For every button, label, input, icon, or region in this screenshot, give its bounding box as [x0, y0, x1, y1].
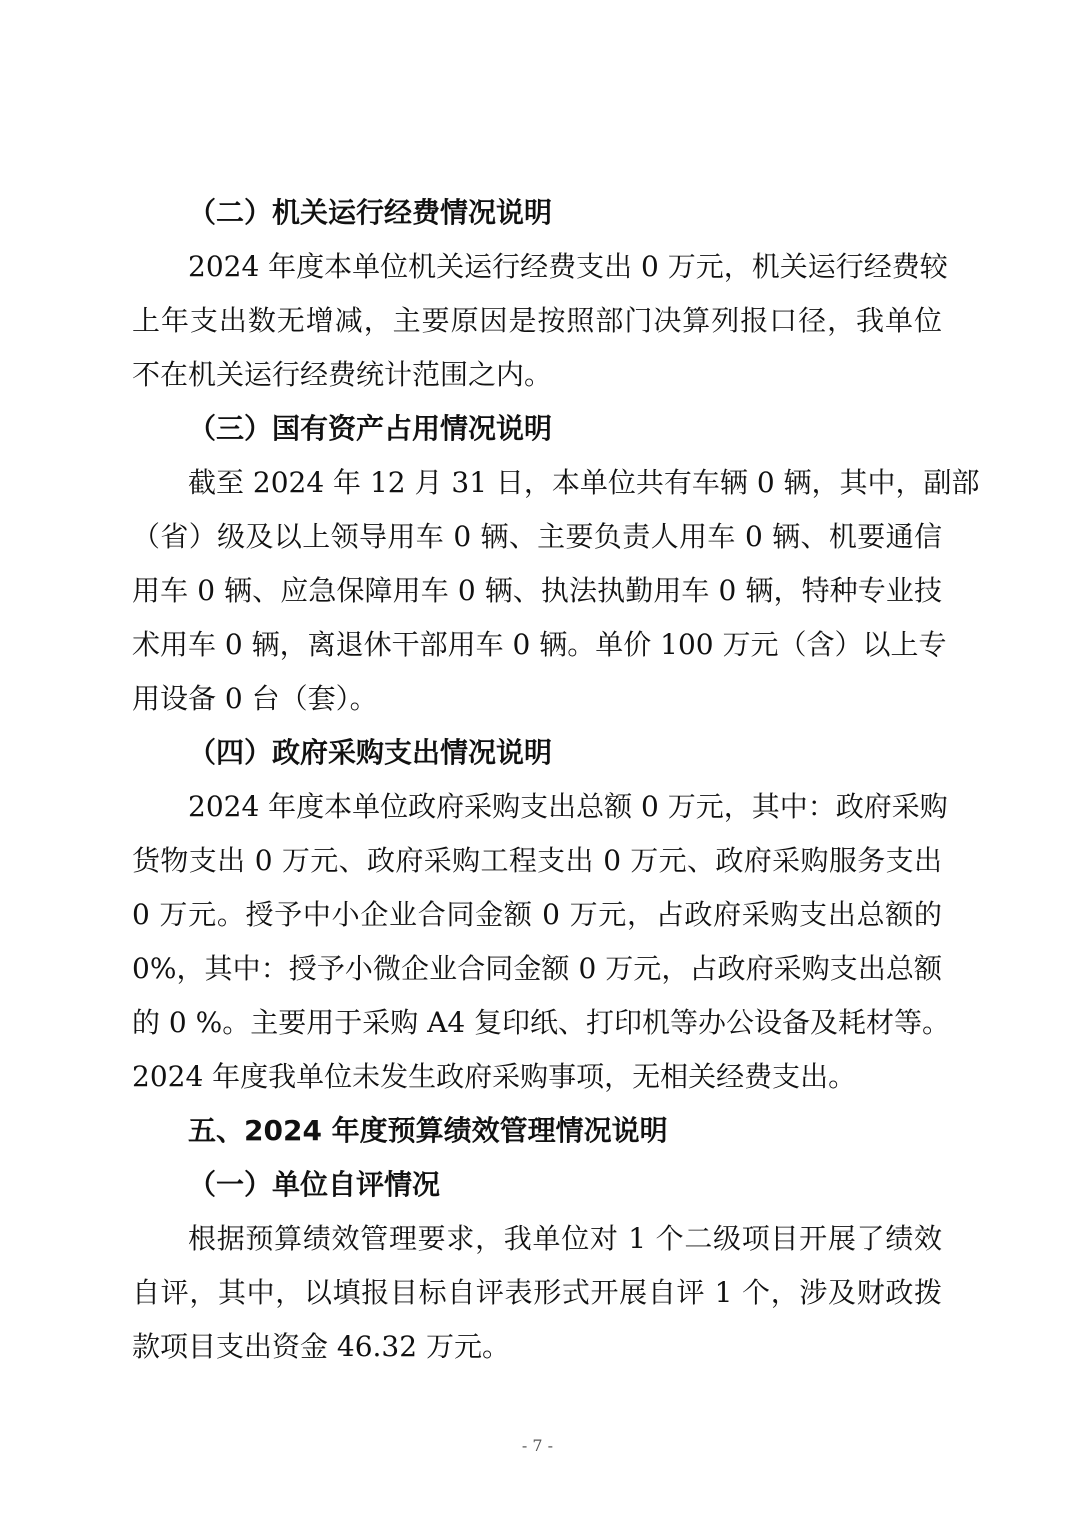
paragraph-line: 2024 年度我单位未发生政府采购事项，无相关经费支出。: [132, 1050, 942, 1104]
section-heading-state-assets: （三）国有资产占用情况说明: [188, 402, 552, 456]
paragraph-line: 上年支出数无增减，主要原因是按照部门决算列报口径，我单位: [132, 294, 942, 348]
chapter-heading-performance-management: 五、2024 年度预算绩效管理情况说明: [188, 1104, 668, 1158]
paragraph-line: 2024 年度本单位政府采购支出总额 0 万元，其中：政府采购: [188, 780, 942, 834]
paragraph-line: 款项目支出资金 46.32 万元。: [132, 1320, 942, 1374]
paragraph-line: 不在机关运行经费统计范围之内。: [132, 348, 942, 402]
document-page: （二）机关运行经费情况说明 2024 年度本单位机关运行经费支出 0 万元，机关…: [0, 0, 1075, 1520]
page-number: - 7 -: [0, 1436, 1075, 1455]
paragraph-line: 的 0 %。主要用于采购 A4 复印纸、打印机等办公设备及耗材等。: [132, 996, 942, 1050]
paragraph-line: 根据预算绩效管理要求，我单位对 1 个二级项目开展了绩效: [188, 1212, 942, 1266]
section-heading-operating-expenses: （二）机关运行经费情况说明: [188, 186, 552, 240]
paragraph-line: 用车 0 辆、应急保障用车 0 辆、执法执勤用车 0 辆，特种专业技: [132, 564, 942, 618]
paragraph-line: 0 万元。授予中小企业合同金额 0 万元，占政府采购支出总额的: [132, 888, 942, 942]
section-heading-government-procurement: （四）政府采购支出情况说明: [188, 726, 552, 780]
paragraph-line: 截至 2024 年 12 月 31 日，本单位共有车辆 0 辆，其中，副部: [188, 456, 942, 510]
paragraph-line: 自评，其中，以填报目标自评表形式开展自评 1 个，涉及财政拨: [132, 1266, 942, 1320]
paragraph-line: 用设备 0 台（套）。: [132, 672, 942, 726]
paragraph-line: 0%，其中：授予小微企业合同金额 0 万元，占政府采购支出总额: [132, 942, 942, 996]
section-heading-self-evaluation: （一）单位自评情况: [188, 1158, 440, 1212]
paragraph-line: 术用车 0 辆，离退休干部用车 0 辆。单价 100 万元（含）以上专: [132, 618, 942, 672]
paragraph-line: 货物支出 0 万元、政府采购工程支出 0 万元、政府采购服务支出: [132, 834, 942, 888]
paragraph-line: 2024 年度本单位机关运行经费支出 0 万元，机关运行经费较: [188, 240, 942, 294]
paragraph-line: （省）级及以上领导用车 0 辆、主要负责人用车 0 辆、机要通信: [132, 510, 942, 564]
